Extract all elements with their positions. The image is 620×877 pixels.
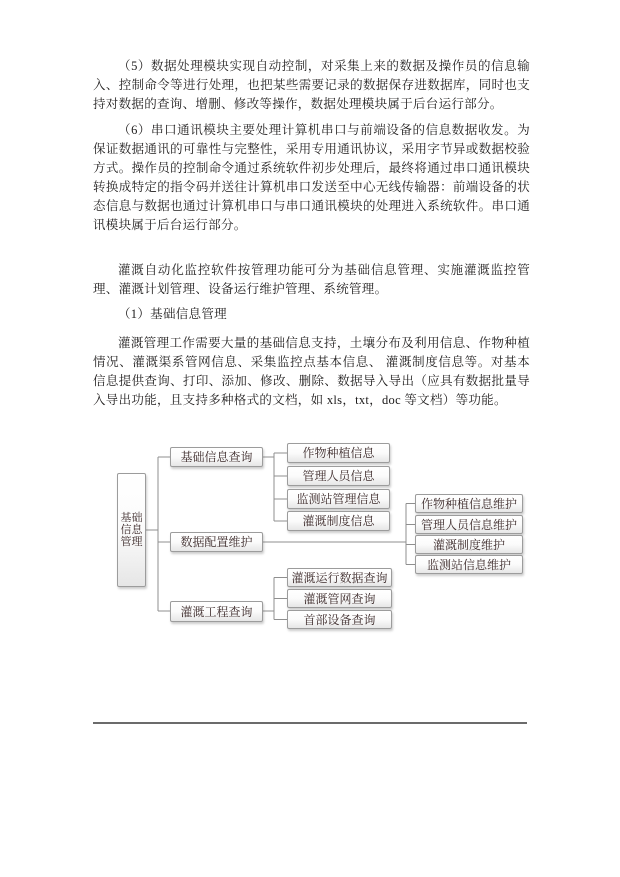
chart-node-root: 基础 信息 管理	[117, 473, 146, 587]
root-label-line-2: 信息	[121, 524, 143, 536]
chart-node-crop-planting-info-maintenance: 作物种植信息维护	[415, 494, 523, 513]
chart-node-basic-info-query: 基础信息查询	[170, 447, 263, 467]
document-body: （5）数据处理模块实现自动控制，对采集上来的数据及操作员的信息输入、控制命令等进…	[93, 57, 530, 410]
heading-basic-info-management: （1）基础信息管理	[93, 305, 530, 324]
paragraph-6: （6）串口通讯模块主要处理计算机串口与前端设备的信息数据收发。为保证数据通讯的可…	[93, 121, 530, 235]
chart-node-data-config-maintenance: 数据配置维护	[170, 532, 263, 552]
root-label-line-1: 基础	[121, 512, 143, 524]
chart-node-irrigation-pipe-network-query: 灌溉管网查询	[287, 589, 392, 608]
document-page: （5）数据处理模块实现自动控制，对采集上来的数据及操作员的信息输入、控制命令等进…	[0, 0, 620, 877]
chart-node-irrigation-run-data-query: 灌溉运行数据查询	[287, 568, 392, 587]
paragraph-basic-info-detail: 灌溉管理工作需要大量的基础信息支持，土壤分布及利用信息、作物种植情况、灌溉渠系管…	[93, 334, 530, 410]
paragraph-5: （5）数据处理模块实现自动控制，对采集上来的数据及操作员的信息输入、控制命令等进…	[93, 57, 530, 114]
chart-node-irrigation-schedule-maintenance: 灌溉制度维护	[415, 535, 523, 554]
chart-node-crop-planting-info: 作物种植信息	[287, 443, 390, 463]
chart-node-irrigation-project-query: 灌溉工程查询	[170, 601, 263, 622]
page-divider	[93, 722, 527, 724]
chart-node-manager-info-maintenance: 管理人员信息维护	[415, 515, 523, 534]
chart-node-head-equipment-query: 首部设备查询	[287, 610, 392, 629]
org-chart-basic-info: 基础 信息 管理 基础信息查询 数据配置维护 灌溉工程查询 作物种植信息 管理人…	[0, 441, 620, 641]
chart-node-irrigation-schedule-info: 灌溉制度信息	[287, 511, 390, 531]
paragraph-management-overview: 灌溉自动化监控软件按管理功能可分为基础信息管理、实施灌溉监控管理、灌溉计划管理、…	[93, 261, 530, 299]
root-label-line-3: 管理	[121, 536, 143, 548]
chart-node-manager-info: 管理人员信息	[287, 466, 390, 486]
chart-node-monitor-station-mgmt-info: 监测站管理信息	[287, 489, 390, 509]
chart-node-monitor-station-info-maintenance: 监测站信息维护	[415, 555, 523, 574]
